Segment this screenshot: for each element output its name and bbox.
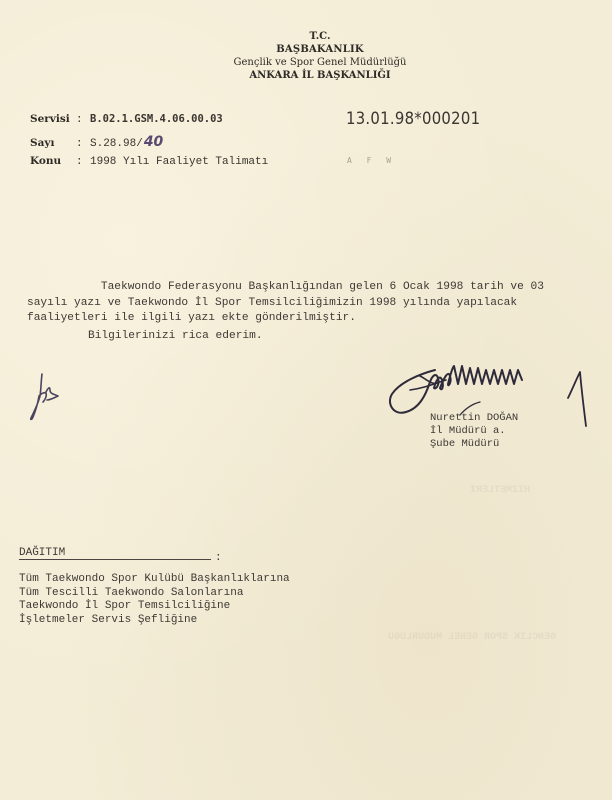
handwritten-initials-icon	[28, 372, 64, 429]
letter-body: Taekwondo Federasyonu Başkanlığından gel…	[27, 281, 607, 328]
distribution-title-underline: DAĞITIM	[19, 549, 211, 560]
body-line: faaliyetleri ile ilgili yazı ekte gönder…	[27, 312, 607, 328]
closing-sentence: Bilgilerinizi rica ederim.	[88, 330, 263, 342]
servisi-row: Servisi : B.02.1.GSM.4.06.00.03	[30, 113, 268, 134]
konu-colon: :	[76, 156, 90, 168]
servisi-value: B.02.1.GSM.4.06.00.03	[90, 113, 223, 125]
distribution-title: DAĞITIM	[19, 547, 65, 559]
letterhead-tc: T.C.	[200, 30, 440, 43]
servisi-label: Servisi	[30, 113, 76, 125]
signer-name: Nurettin DOĞAN	[430, 412, 518, 425]
body-line: sayılı yazı ve Taekwondo İl Spor Temsilc…	[27, 297, 607, 313]
distribution-item: Tüm Taekwondo Spor Kulübü Başkanlıkların…	[19, 573, 290, 587]
letterhead-basbakanlik: BAŞBAKANLIK	[200, 43, 440, 56]
registration-stamp-number: 13.01.98*000201	[346, 109, 480, 128]
distribution-block: DAĞITIM : Tüm Taekwondo Spor Kulübü Başk…	[19, 549, 290, 627]
distribution-header: DAĞITIM :	[19, 549, 290, 567]
document-page: HIZMETLERI GENCLIK SPOR GENEL MUDURLUGU …	[0, 0, 612, 800]
konu-value: 1998 Yılı Faaliyet Talimatı	[90, 156, 268, 168]
distribution-item: İşletmeler Servis Şefliğine	[19, 614, 290, 628]
sayi-row: Sayı : S.28.98/ 40	[30, 134, 268, 155]
letterhead: T.C. BAŞBAKANLIK Gençlik ve Spor Genel M…	[200, 30, 440, 82]
sayi-value: S.28.98/	[90, 138, 143, 150]
distribution-item: Tüm Tescilli Taekwondo Salonlarına	[19, 587, 290, 601]
signer-title: İl Müdürü a.	[430, 425, 518, 438]
sayi-handwritten-number: 40	[144, 134, 163, 150]
sayi-label: Sayı	[30, 137, 76, 149]
body-line: Taekwondo Federasyonu Başkanlığından gel…	[27, 281, 607, 297]
signer-block: Nurettin DOĞAN İl Müdürü a. Şube Müdürü	[430, 412, 518, 451]
distribution-item: Taekwondo İl Spor Temsilciliğine	[19, 600, 290, 614]
distribution-list: Tüm Taekwondo Spor Kulübü Başkanlıkların…	[19, 573, 290, 627]
show-through-text: GENCLIK SPOR GENEL MUDURLUGU	[388, 632, 556, 643]
distribution-colon: :	[215, 552, 222, 564]
show-through-text: HIZMETLERI	[470, 485, 530, 496]
signer-subtitle: Şube Müdürü	[430, 438, 518, 451]
konu-row: Konu : 1998 Yılı Faaliyet Talimatı	[30, 155, 268, 176]
letterhead-directorate: Gençlik ve Spor Genel Müdürlüğü	[200, 56, 440, 69]
reference-block: Servisi : B.02.1.GSM.4.06.00.03 Sayı : S…	[30, 113, 268, 176]
sayi-colon: :	[76, 138, 90, 150]
servisi-colon: :	[76, 114, 90, 126]
letterhead-provincial-office: ANKARA İL BAŞKANLIĞI	[200, 69, 440, 82]
faint-stamp-marks: A F W	[347, 156, 396, 165]
konu-label: Konu	[30, 155, 76, 167]
